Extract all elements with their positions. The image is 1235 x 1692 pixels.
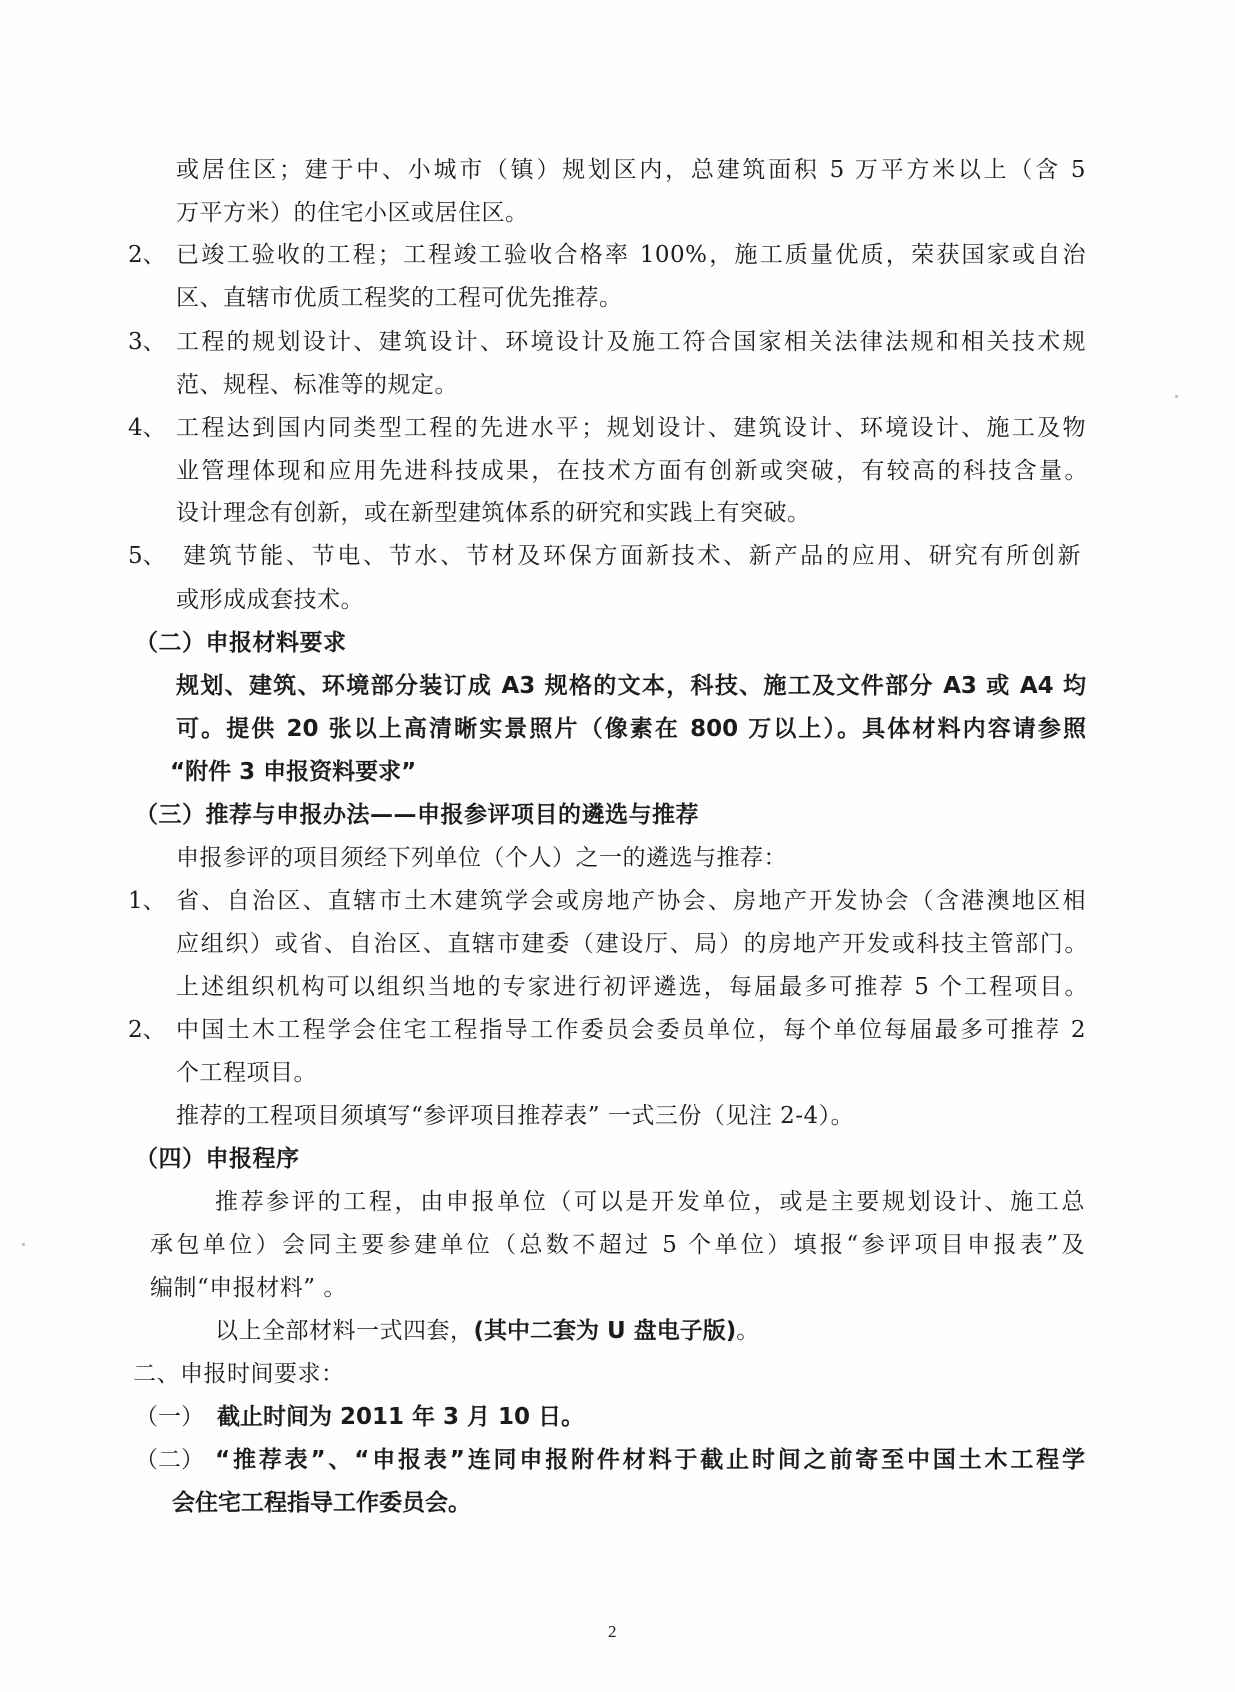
text-line: 申报参评的项目须经下列单位（个人）之一的遴选与推荐： <box>176 843 787 873</box>
text-line: 或形成成套技术。 <box>176 585 364 615</box>
text-line: 工程达到国内同类型工程的先进水平；规划设计、建筑设计、环境设计、施工及物 <box>176 413 1086 443</box>
text-line: 以上全部材料一式四套，(其中二套为 U 盘电子版)。 <box>215 1316 760 1346</box>
text-line: 规划、建筑、环境部分装订成 A3 规格的文本，科技、施工及文件部分 A3 或 A… <box>176 671 1086 701</box>
list-number: 5、 <box>128 541 166 571</box>
text-line: 会住宅工程指导工作委员会。 <box>172 1488 471 1518</box>
copies-text: 以上全部材料一式四套， <box>215 1318 474 1344</box>
text-line: 中国土木工程学会住宅工程指导工作委员会委员单位，每个单位每届最多可推荐 2 <box>176 1015 1086 1045</box>
text-line: 区、直辖市优质工程奖的工程可优先推荐。 <box>176 283 623 313</box>
list-number: （一） <box>135 1402 204 1432</box>
text-line: 建筑节能、节电、节水、节材及环保方面新技术、新产品的应用、研究有所创新 <box>183 541 1081 571</box>
text-line: 截止时间为 2011 年 3 月 10 日。 <box>217 1402 584 1432</box>
text-line: 推荐的工程项目须填写“参评项目推荐表” 一式三份（见注 2-4）。 <box>176 1101 854 1131</box>
copies-text-end: 。 <box>736 1318 760 1344</box>
list-number: （二） <box>135 1445 204 1475</box>
section-heading-procedure: （四）申报程序 <box>135 1144 300 1174</box>
document-page: 或居住区；建于中、小城市（镇）规划区内，总建筑面积 5 万平方米以上（含 5 万… <box>0 0 1235 1692</box>
text-line: 应组织）或省、自治区、直辖市建委（建设厅、局）的房地产开发或科技主管部门。 <box>176 929 1088 959</box>
list-number: 3、 <box>128 327 166 357</box>
text-line: 个工程项目。 <box>176 1058 317 1088</box>
text-line: 范、规程、标准等的规定。 <box>176 370 458 400</box>
text-line: 推荐参评的工程，由申报单位（可以是开发单位，或是主要规划设计、施工总 <box>215 1187 1085 1217</box>
text-line: 承包单位）会同主要参建单位（总数不超过 5 个单位）填报“参评项目申报表”及 <box>150 1230 1085 1260</box>
scan-speck <box>22 1243 25 1246</box>
text-line: 业管理体现和应用先进科技成果，在技术方面有创新或突破，有较高的科技含量。 <box>176 456 1088 486</box>
list-number: 2、 <box>128 240 166 270</box>
scan-speck <box>1175 395 1178 398</box>
text-line: 或居住区；建于中、小城市（镇）规划区内，总建筑面积 5 万平方米以上（含 5 <box>176 155 1086 185</box>
list-number: 2、 <box>128 1015 166 1045</box>
section-heading-time: 二、申报时间要求： <box>133 1359 345 1389</box>
text-line: 编制“申报材料” 。 <box>150 1273 347 1303</box>
text-line: 上述组织机构可以组织当地的专家进行初评遴选，每届最多可推荐 5 个工程项目。 <box>176 972 1088 1002</box>
section-heading-materials: （二）申报材料要求 <box>135 628 347 658</box>
text-line: 已竣工验收的工程；工程竣工验收合格率 100%，施工质量优质，荣获国家或自治 <box>176 240 1086 270</box>
text-line: 万平方米）的住宅小区或居住区。 <box>176 198 529 228</box>
page-number: 2 <box>608 1622 617 1642</box>
text-line: 设计理念有创新，或在新型建筑体系的研究和实践上有突破。 <box>176 498 811 528</box>
text-line: 工程的规划设计、建筑设计、环境设计及施工符合国家相关法律法规和相关技术规 <box>176 327 1086 357</box>
text-line: “附件 3 申报资料要求” <box>170 757 416 787</box>
list-number: 1、 <box>128 886 166 916</box>
list-number: 4、 <box>128 413 166 443</box>
copies-text-bold: (其中二套为 U 盘电子版) <box>474 1318 737 1344</box>
text-line: 可。提供 20 张以上高清晰实景照片（像素在 800 万以上）。具体材料内容请参… <box>176 714 1086 744</box>
text-line: 省、自治区、直辖市土木建筑学会或房地产协会、房地产开发协会（含港澳地区相 <box>176 886 1086 916</box>
section-heading-recommend: （三）推荐与申报办法——申报参评项目的遴选与推荐 <box>135 800 699 830</box>
text-line: “推荐表”、“申报表”连同申报附件材料于截止时间之前寄至中国土木工程学 <box>215 1445 1085 1475</box>
